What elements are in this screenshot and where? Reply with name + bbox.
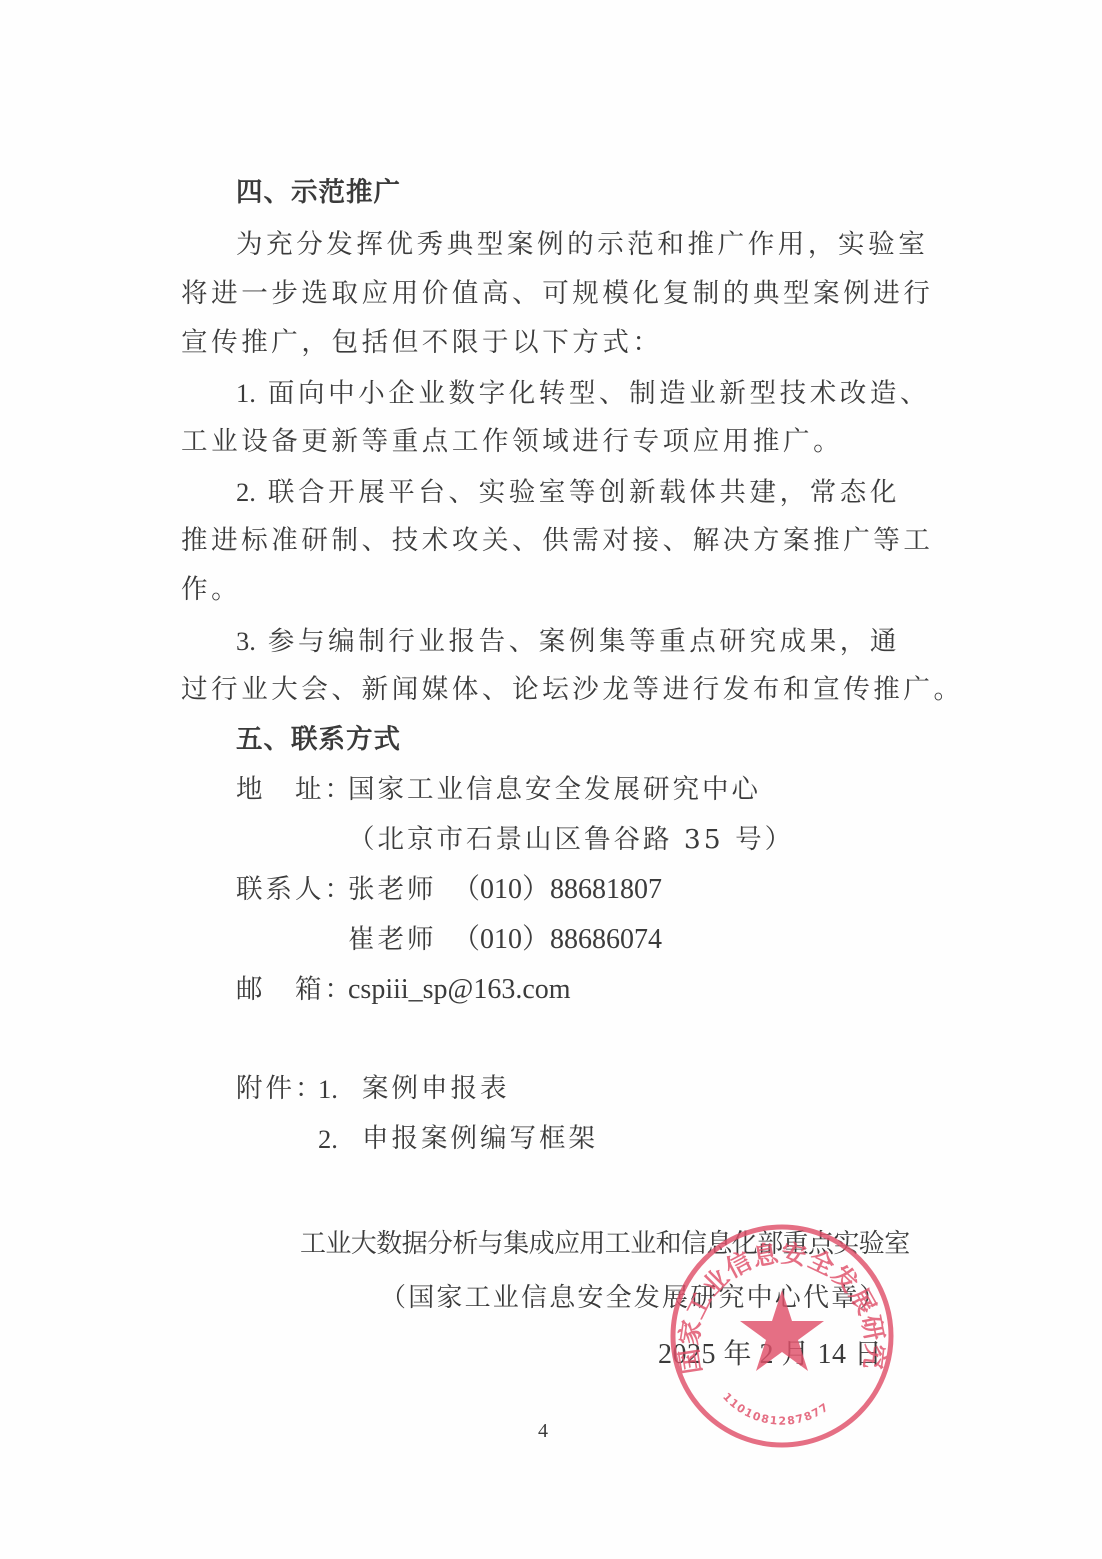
list-text: 面向中小企业数字化转型、制造业新型技术改造、 [268, 378, 930, 409]
contact-phone: （010）88686074 [452, 923, 662, 957]
address-value: 国家工业信息安全发展研究中心 [348, 773, 761, 807]
list-number: 1. [236, 378, 256, 408]
list-item-2-continued: 作。 [181, 573, 241, 607]
contact-name: 崔老师 [348, 923, 437, 957]
section-heading-contact: 五、联系方式 [236, 723, 401, 757]
address-label: 地 址： [236, 773, 354, 807]
signature-organization: 工业大数据分析与集成应用工业和信息化部重点实验室 [300, 1227, 910, 1261]
paragraph-line: 宣传推广，包括但不限于以下方式： [181, 326, 663, 360]
attachment-title: 案例申报表 [362, 1072, 510, 1106]
list-item-2-continued: 推进标准研制、技术攻关、供需对接、解决方案推广等工 [181, 524, 934, 558]
attachments-label: 附件： [236, 1072, 325, 1106]
contact-label: 联系人： [236, 873, 354, 907]
email-label: 邮 箱： [236, 973, 354, 1007]
page-number: 4 [538, 1420, 548, 1443]
attachment-number: 1. [318, 1072, 338, 1106]
list-item-3: 3. 参与编制行业报告、案例集等重点研究成果，通 [236, 624, 900, 659]
list-text: 参与编制行业报告、案例集等重点研究成果，通 [268, 626, 900, 657]
list-number: 3. [236, 626, 256, 656]
list-item-1-continued: 工业设备更新等重点工作领域进行专项应用推广。 [181, 425, 843, 459]
list-number: 2. [236, 477, 256, 507]
list-item-1: 1. 面向中小企业数字化转型、制造业新型技术改造、 [236, 376, 930, 411]
signature-seal-note: （国家工业信息安全发展研究中心代章） [380, 1281, 888, 1315]
contact-name: 张老师 [348, 873, 437, 907]
document-page: 四、示范推广 为充分发挥优秀典型案例的示范和推广作用，实验室 将进一步选取应用价… [0, 0, 1102, 1559]
svg-text:1101081287877: 1101081287877 [720, 1390, 832, 1428]
email-value: cspiii_sp@163.com [348, 973, 571, 1007]
seal-code: 1101081287877 [720, 1390, 832, 1428]
attachment-title: 申报案例编写框架 [362, 1122, 598, 1156]
attachment-number: 2. [318, 1122, 338, 1156]
section-heading-promotion: 四、示范推广 [236, 176, 401, 210]
list-item-2: 2. 联合开展平台、实验室等创新载体共建，常态化 [236, 475, 900, 510]
list-text: 联合开展平台、实验室等创新载体共建，常态化 [268, 477, 900, 508]
paragraph-line: 将进一步选取应用价值高、可规模化复制的典型案例进行 [181, 277, 934, 311]
paragraph-line: 为充分发挥优秀典型案例的示范和推广作用，实验室 [236, 228, 928, 262]
address-detail: （北京市石景山区鲁谷路 35 号） [348, 823, 794, 857]
signature-date: 2025 年 2 月 14 日 [658, 1338, 883, 1372]
contact-phone: （010）88681807 [452, 873, 662, 907]
list-item-3-continued: 过行业大会、新闻媒体、论坛沙龙等进行发布和宣传推广。 [181, 673, 964, 707]
